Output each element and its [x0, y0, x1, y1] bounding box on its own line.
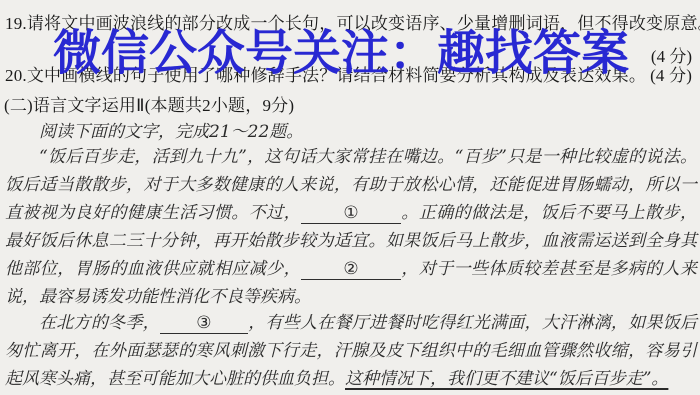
- passage-paragraph-2: 在北方的冬季，③，有些人在餐厅进餐时吃得红光满面，大汗淋漓，如果饭后匆忙离开，在…: [5, 309, 697, 393]
- passage-intro: 阅读下面的文字，完成21～22题。: [39, 117, 303, 142]
- question-19-number: 19.: [5, 14, 27, 33]
- fill-blank-1: ①: [301, 204, 401, 224]
- exam-paper-page: 19.请将文中画波浪线的部分改成一个长句，可以改变语序、少量增删词语，但不得改变…: [0, 0, 700, 395]
- para2-underlined-sentence: 这种情况下，我们更不建议“饭后百步走”。: [345, 369, 668, 389]
- passage-paragraph-1: “饭后百步走，活到九十九”，这句话大家常挂在嘴边。“百步”只是一种比较虚的说法。…: [5, 143, 697, 311]
- watermark-text: 微信公众号关注：趣找答案: [53, 14, 629, 83]
- fill-blank-2: ②: [301, 260, 401, 280]
- question-20-score: (4 分): [650, 66, 692, 85]
- para2-segment-1: 在北方的冬季，: [39, 313, 160, 333]
- fill-blank-3: ③: [160, 314, 248, 334]
- section-header: (二)语言文字运用Ⅱ(本题共2小题，9分): [4, 91, 294, 116]
- question-20-number: 20.: [5, 66, 27, 85]
